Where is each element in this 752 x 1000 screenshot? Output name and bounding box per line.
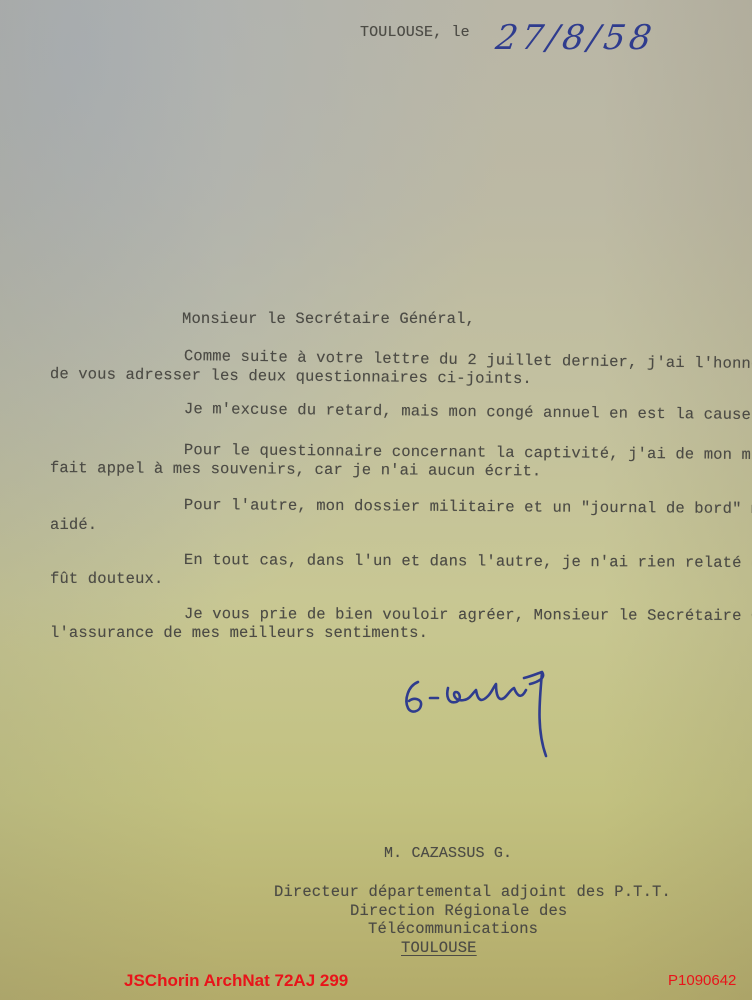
paragraph-5-line-1: En tout cas, dans l'un et dans l'autre, … — [184, 551, 752, 572]
paragraph-6-line-2: l'assurance de mes meilleurs sentiments. — [50, 624, 428, 642]
photo-id: P1090642 — [668, 972, 736, 989]
place-label: TOULOUSE, le — [360, 24, 470, 41]
sender-title-line-1: Directeur départemental adjoint des P.T.… — [274, 883, 671, 901]
archive-reference: JSChorin ArchNat 72AJ 299 — [124, 971, 348, 991]
paragraph-2-line-1: Je m'excuse du retard, mais mon congé an… — [184, 400, 752, 424]
salutation: Monsieur le Secrétaire Général, — [182, 310, 475, 328]
handwritten-signature — [396, 668, 586, 768]
paragraph-4-line-2: aidé. — [50, 516, 97, 534]
sender-city: TOULOUSE — [401, 939, 477, 957]
paragraph-6-line-1: Je vous prie de bien vouloir agréer, Mon… — [184, 605, 752, 625]
paragraph-3-line-2: fait appel à mes souvenirs, car je n'ai … — [50, 459, 542, 480]
handwritten-date: 27/8/58 — [493, 18, 658, 58]
sender-title-line-3: Télécommunications — [368, 920, 538, 938]
paragraph-1-line-2: de vous adresser les deux questionnaires… — [50, 365, 532, 388]
sender-title-line-2: Direction Régionale des — [350, 902, 567, 920]
paragraph-5-line-2: fût douteux. — [50, 570, 163, 588]
sender-name: M. CAZASSUS G. — [384, 845, 512, 862]
paragraph-4-line-1: Pour l'autre, mon dossier militaire et u… — [184, 496, 752, 518]
